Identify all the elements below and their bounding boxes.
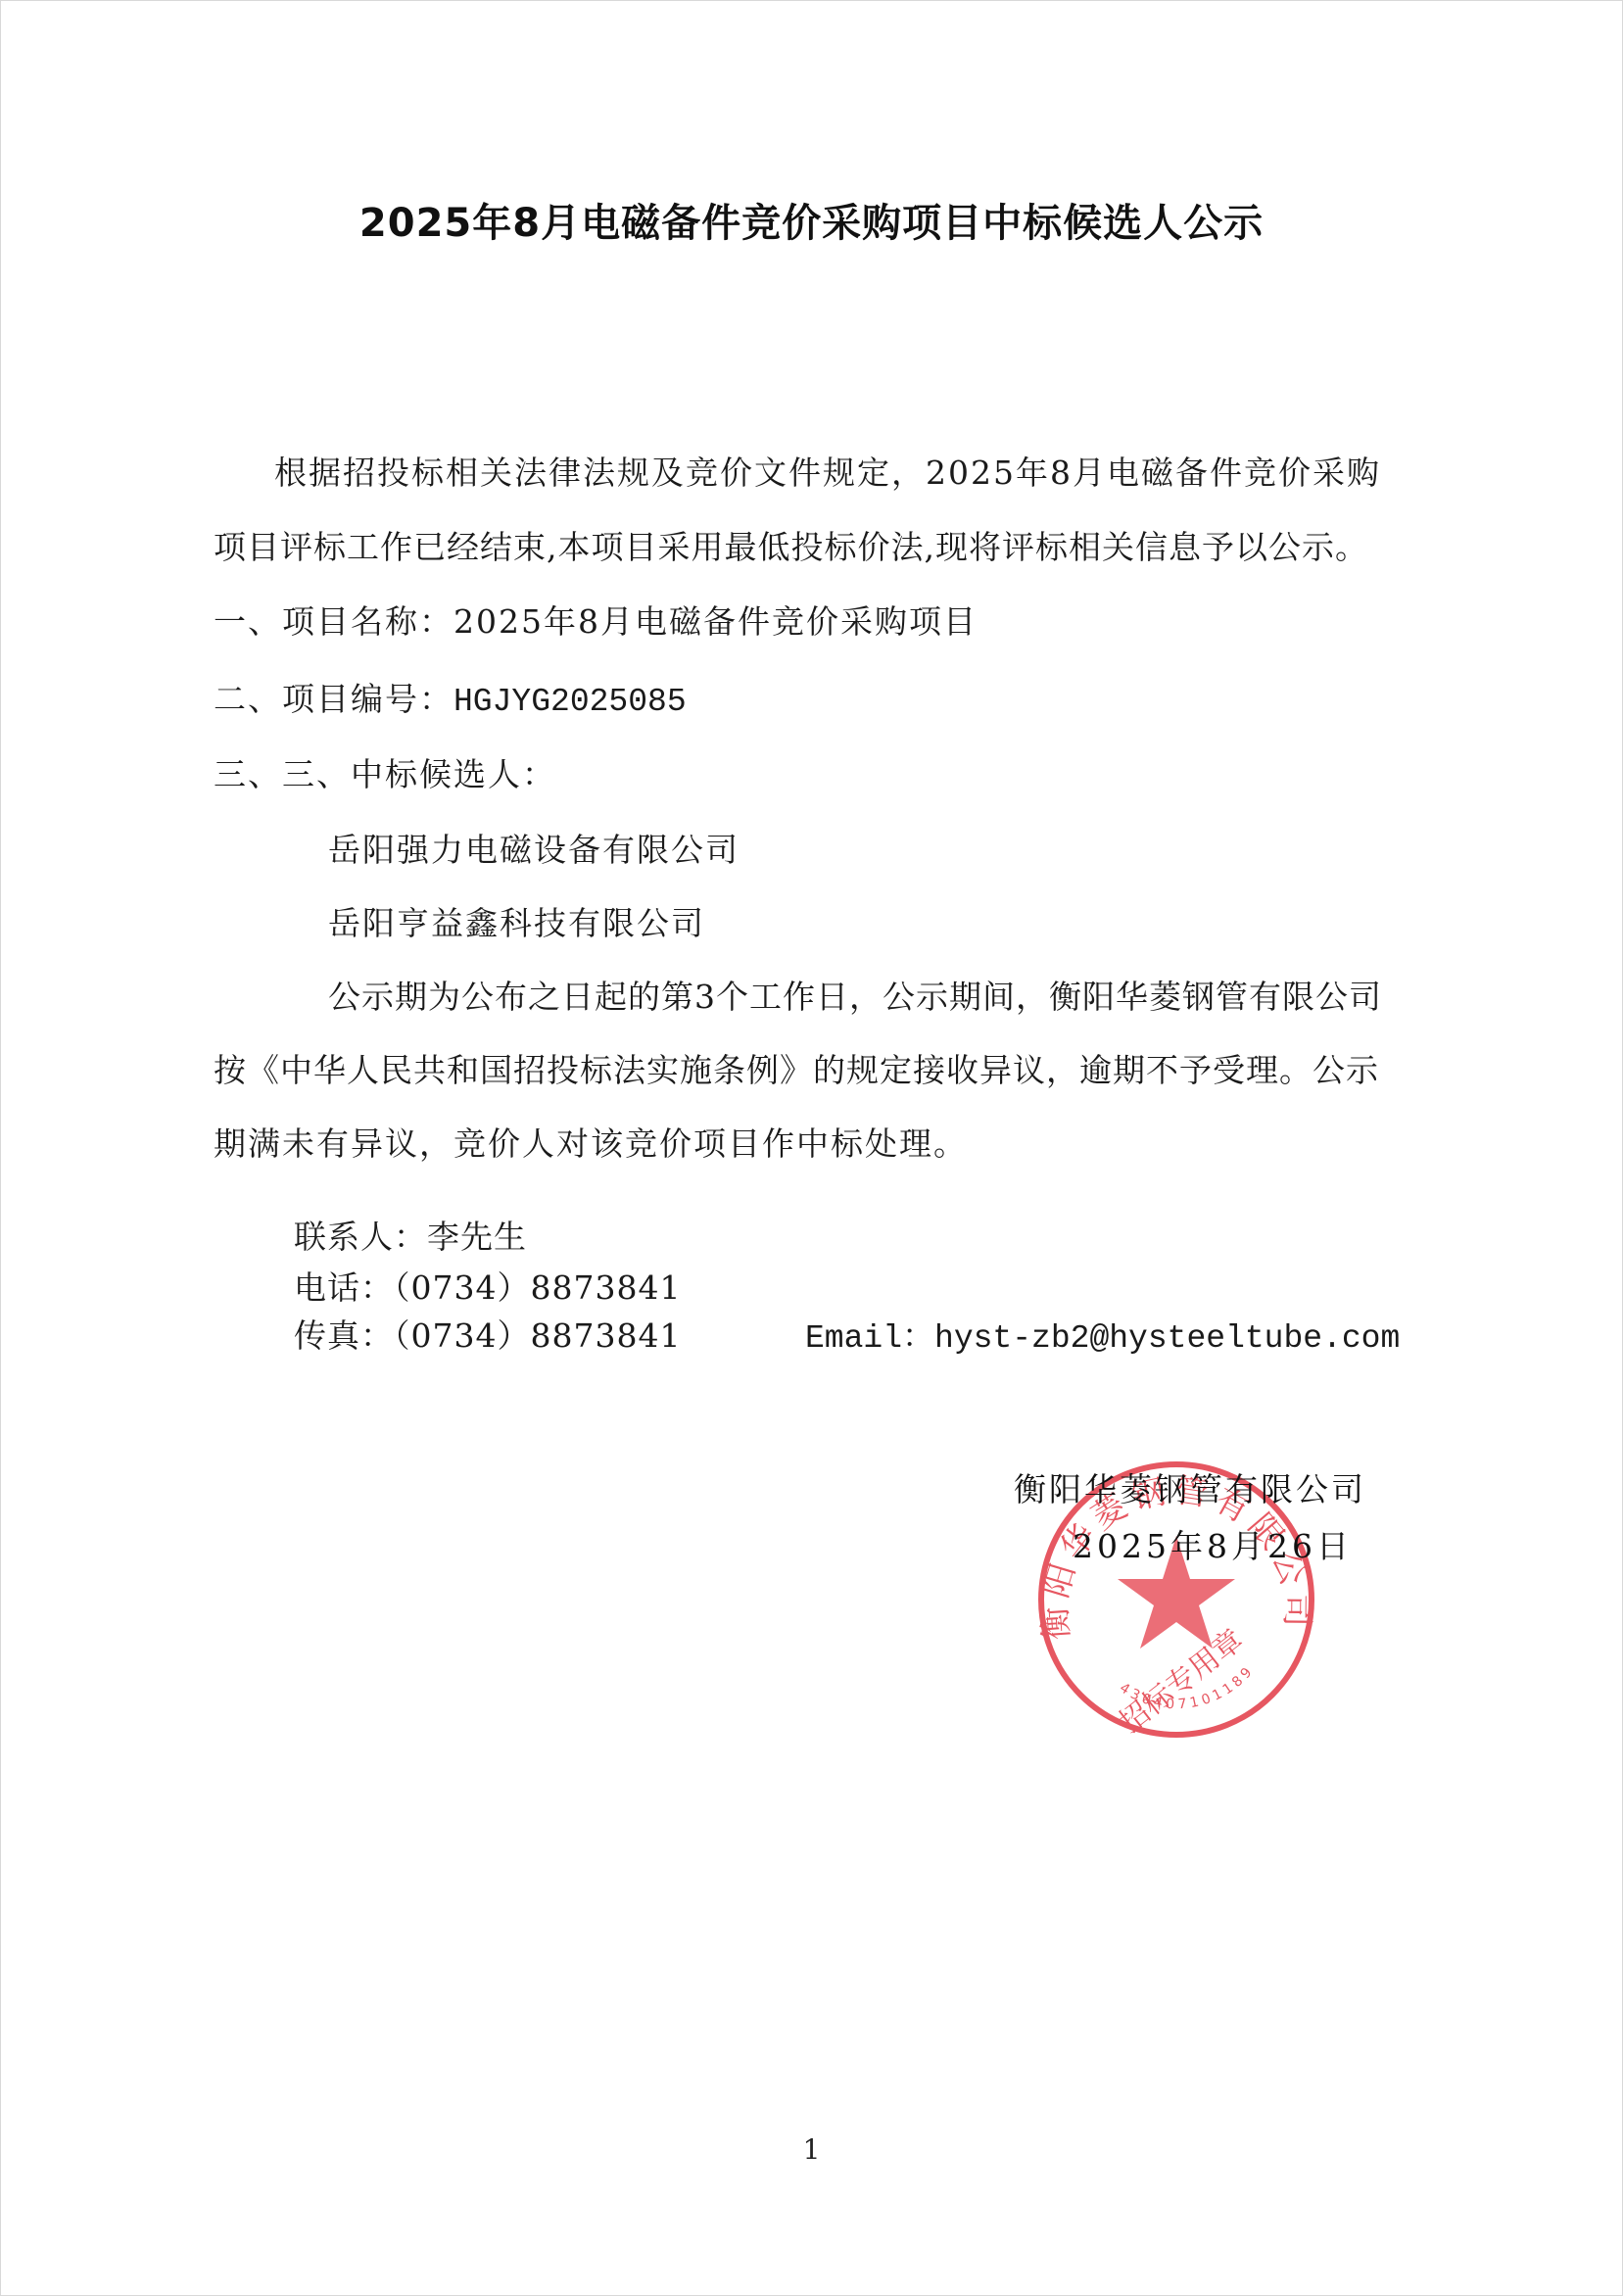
page-number: 1 [0, 2133, 1623, 2166]
contact-fax: 传真：（0734）8873841 [294, 1311, 681, 1357]
item-value: HGJYG2025085 [453, 684, 687, 720]
contact-email[interactable]: Email：hyst-zb2@hysteeltube.com [805, 1311, 1400, 1357]
candidate-1: 岳阳强力电磁设备有限公司 [328, 825, 740, 871]
contact-phone: 电话：（0734）8873841 [294, 1263, 681, 1309]
item-value: 2025年8月电磁备件竞价采购项目 [453, 602, 978, 641]
candidate-2: 岳阳亨益鑫科技有限公司 [328, 898, 705, 944]
item-project-number: 二、项目编号：HGJYG2025085 [214, 674, 687, 720]
notice-line-3: 期满未有异议，竞价人对该竞价项目作中标处理。 [214, 1119, 968, 1165]
notice-line-1: 公示期为公布之日起的第3个工作日，公示期间，衡阳华菱钢管有限公司 [328, 972, 1382, 1018]
intro-line-2: 项目评标工作已经结束,本项目采用最低投标价法,现将评标相关信息予以公示。 [214, 522, 1368, 568]
contact-person: 联系人：李先生 [294, 1212, 527, 1258]
item-label: 一、项目名称： [214, 602, 453, 641]
signature-company: 衡阳华菱钢管有限公司 [1014, 1464, 1366, 1510]
item-label: 三、三、中标候选人： [214, 755, 556, 793]
item-label: 二、项目编号： [214, 680, 453, 718]
item-project-name: 一、项目名称：2025年8月电磁备件竞价采购项目 [214, 597, 978, 643]
notice-line-2: 按《中华人民共和国招投标法实施条例》的规定接收异议，逾期不予受理。公示 [214, 1045, 1379, 1091]
intro-line-1: 根据招投标相关法律法规及竞价文件规定，2025年8月电磁备件竞价采购 [274, 448, 1381, 494]
document-title: 2025年8月电磁备件竞价采购项目中标候选人公示 [0, 192, 1623, 248]
item-candidates-heading: 三、三、中标候选人： [214, 749, 556, 795]
signature-date: 2025年8月26日 [1073, 1521, 1353, 1567]
